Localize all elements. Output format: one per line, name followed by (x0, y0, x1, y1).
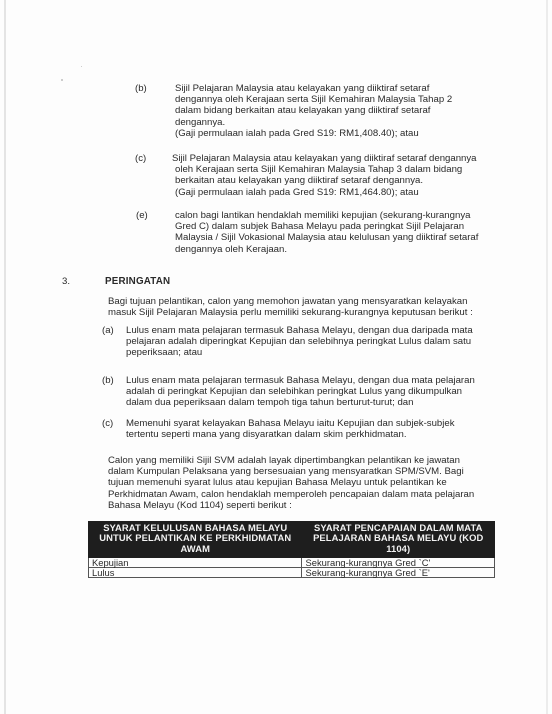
text-line: oleh Kerajaan serta Sijil Kemahiran Mala… (175, 164, 500, 175)
item-marker: (c) (135, 153, 146, 164)
text-line: Gred C) dalam subjek Bahasa Melayu pada … (175, 221, 501, 232)
item-marker: (e) (136, 210, 148, 221)
scan-speck (61, 79, 63, 81)
section-number: 3. (62, 276, 70, 287)
item-marker: (a) (102, 325, 114, 336)
section-title: PERINGATAN (105, 276, 170, 287)
text-line: Perkhidmatan Awam, calon hendaklah mempe… (108, 489, 495, 500)
table-header-cell: SYARAT KELULUSAN BAHASA MELAYU UNTUK PEL… (89, 522, 302, 558)
item-body: Sijil Pelajaran Malaysia atau kelayakan … (172, 153, 500, 198)
text-line: Sijil Pelajaran Malaysia atau kelayakan … (175, 83, 500, 94)
table-header-cell: SYARAT PENCAPAIAN DALAM MATA PELAJARAN B… (302, 522, 495, 558)
text-line: adalah di peringkat Kepujian dan selebih… (126, 386, 495, 397)
item-body: calon bagi lantikan hendaklah memiliki k… (175, 210, 501, 255)
text-line: Calon yang memiliki Sijil SVM adalah lay… (108, 455, 495, 466)
text-line: dalam dua peperiksaan dalam tempoh tiga … (126, 397, 495, 408)
text-line: calon bagi lantikan hendaklah memiliki k… (175, 210, 501, 221)
section-intro: Bagi tujuan pelantikan, calon yang memoh… (108, 296, 495, 318)
text-line: peperiksaan; atau (126, 347, 495, 358)
requirements-table: SYARAT KELULUSAN BAHASA MELAYU UNTUK PEL… (88, 521, 495, 578)
item-body: Memenuhi syarat kelayakan Bahasa Melayu … (126, 418, 495, 440)
item-body: Sijil Pelajaran Malaysia atau kelayakan … (175, 83, 500, 139)
text-line: dengannya. (175, 117, 500, 128)
page-left-edge (4, 0, 6, 714)
table-cell: Sekurang-kurangnya Gred `C' (302, 558, 495, 568)
text-line: Sijil Pelajaran Malaysia atau kelayakan … (172, 153, 500, 164)
item-marker: (b) (135, 83, 147, 94)
page-right-edge (546, 0, 548, 714)
item-marker: (b) (102, 375, 114, 386)
text-line: Lulus enam mata pelajaran termasuk Bahas… (126, 375, 495, 386)
text-line: Bahasa Melayu (Kod 1104) seperti berikut… (108, 500, 495, 511)
table-cell: Sekurang-kurangnya Gred `E' (302, 568, 495, 578)
text-line: Lulus enam mata pelajaran termasuk Bahas… (126, 325, 495, 336)
svm-paragraph: Calon yang memiliki Sijil SVM adalah lay… (108, 455, 495, 511)
salary-note: (Gaji permulaan ialah pada Gred S19: RM1… (175, 128, 500, 139)
text-line: dalam Kumpulan Pelaksana yang bersesuaia… (108, 466, 495, 477)
text-line: pelajaran adalah diperingkat Kepujian da… (126, 336, 495, 347)
text-line: Memenuhi syarat kelayakan Bahasa Melayu … (126, 418, 495, 429)
text-line: tujuan memenuhi syarat lulus atau kepuji… (108, 477, 495, 488)
salary-note: (Gaji permulaan ialah pada Gred S19: RM1… (175, 187, 500, 198)
table-header-row: SYARAT KELULUSAN BAHASA MELAYU UNTUK PEL… (89, 522, 495, 558)
table-cell: Lulus (89, 568, 302, 578)
scan-speck (81, 66, 82, 67)
item-marker: (c) (102, 418, 113, 429)
text-line: tertentu seperti mana yang disyaratkan d… (126, 429, 495, 440)
text-line: dengannya oleh Kerajaan serta Sijil Kema… (175, 94, 500, 105)
text-line: dengannya oleh Kerajaan. (175, 244, 501, 255)
item-body: Lulus enam mata pelajaran termasuk Bahas… (126, 375, 495, 409)
table-row: Kepujian Sekurang-kurangnya Gred `C' (89, 558, 495, 568)
table-row: Lulus Sekurang-kurangnya Gred `E' (89, 568, 495, 578)
text-line: Malaysia / Sijil Vokasional Malaysia ata… (175, 232, 501, 243)
item-body: Lulus enam mata pelajaran termasuk Bahas… (126, 325, 495, 359)
text-line: berkaitan atau kelayakan yang diiktiraf … (175, 175, 500, 186)
table-cell: Kepujian (89, 558, 302, 568)
text-line: masuk Sijil Pelajaran Malaysia perlu mem… (108, 307, 495, 318)
text-line: dalam bidang berkaitan atau kelayakan ya… (175, 105, 500, 116)
text-line: Bagi tujuan pelantikan, calon yang memoh… (108, 296, 495, 307)
